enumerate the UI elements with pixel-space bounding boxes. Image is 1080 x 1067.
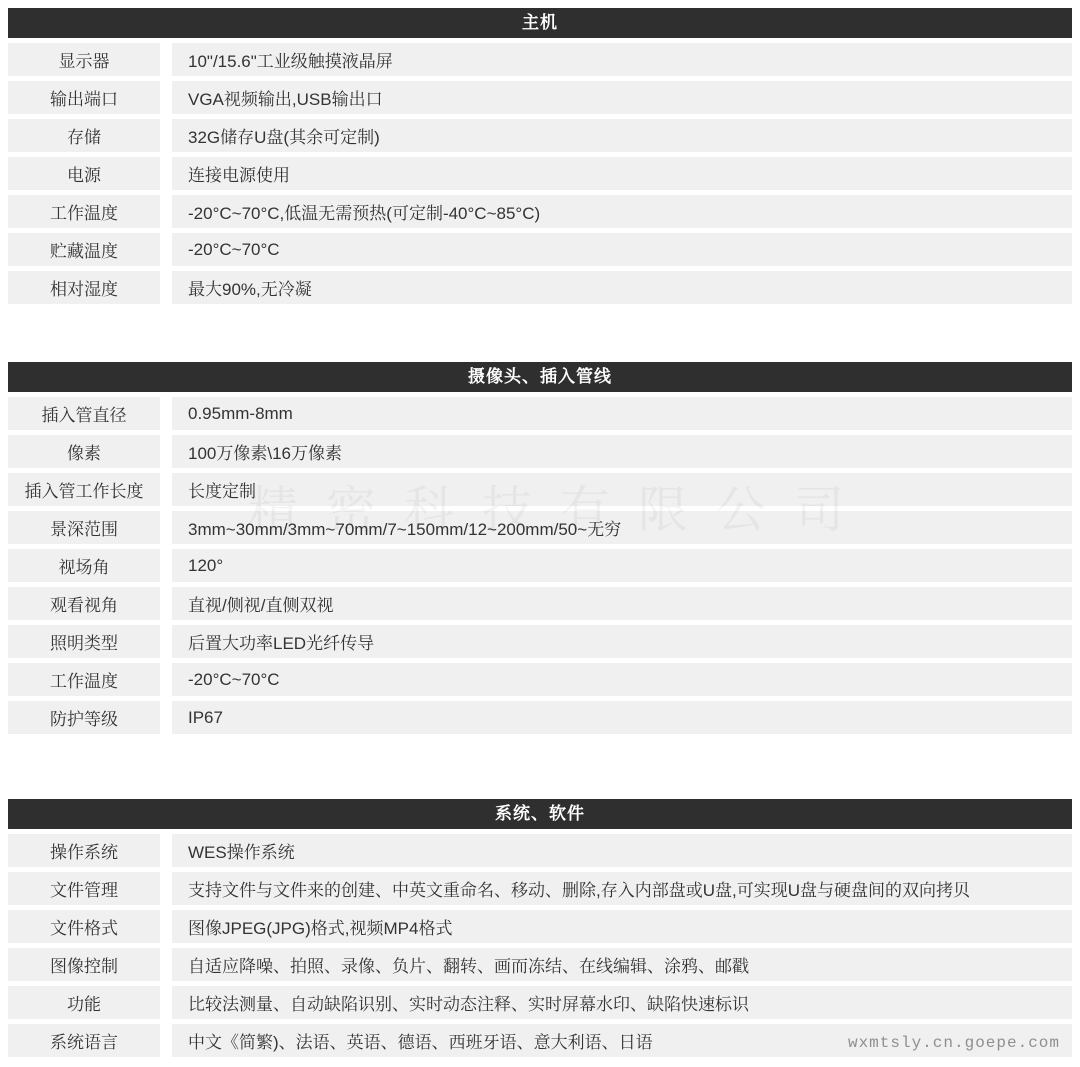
table-row: 图像控制 自适应降噪、拍照、录像、负片、翻转、画而冻结、在线编辑、涂鸦、邮戳	[8, 948, 1072, 981]
row-value: 10"/15.6"工业级触摸液晶屏	[172, 43, 1072, 76]
row-label: 景深范围	[8, 511, 160, 544]
row-value: 连接电源使用	[172, 157, 1072, 190]
section-title: 摄像头、插入管线	[8, 362, 1072, 392]
row-value: IP67	[172, 701, 1072, 734]
table-row: 景深范围 3mm~30mm/3mm~70mm/7~150mm/12~200mm/…	[8, 511, 1072, 544]
section-3: 系统、软件 操作系统 WES操作系统 文件管理 支持文件与文件来的创建、中英文重…	[8, 799, 1072, 1057]
row-label: 功能	[8, 986, 160, 1019]
row-label: 工作温度	[8, 195, 160, 228]
section-title: 系统、软件	[8, 799, 1072, 829]
row-label: 图像控制	[8, 948, 160, 981]
spec-sheet: 主机 显示器 10"/15.6"工业级触摸液晶屏 输出端口 VGA视频输出,US…	[8, 8, 1072, 1062]
row-value: WES操作系统	[172, 834, 1072, 867]
section-rows: 显示器 10"/15.6"工业级触摸液晶屏 输出端口 VGA视频输出,USB输出…	[8, 43, 1072, 304]
row-label: 系统语言	[8, 1024, 160, 1057]
row-value: 100万像素\16万像素	[172, 435, 1072, 468]
row-label: 操作系统	[8, 834, 160, 867]
row-label: 文件格式	[8, 910, 160, 943]
row-value: VGA视频输出,USB输出口	[172, 81, 1072, 114]
row-value: 直视/侧视/直侧双视	[172, 587, 1072, 620]
table-row: 照明类型 后置大功率LED光纤传导	[8, 625, 1072, 658]
row-value: -20°C~70°C,低温无需预热(可定制-40°C~85°C)	[172, 195, 1072, 228]
table-row: 观看视角 直视/侧视/直侧双视	[8, 587, 1072, 620]
row-value: 支持文件与文件来的创建、中英文重命名、移动、删除,存入内部盘或U盘,可实现U盘与…	[172, 872, 1072, 905]
section-1: 主机 显示器 10"/15.6"工业级触摸液晶屏 输出端口 VGA视频输出,US…	[8, 8, 1072, 304]
table-row: 相对湿度 最大90%,无冷凝	[8, 271, 1072, 304]
row-value: -20°C~70°C	[172, 663, 1072, 696]
row-value: -20°C~70°C	[172, 233, 1072, 266]
table-row: 输出端口 VGA视频输出,USB输出口	[8, 81, 1072, 114]
section-rows: 操作系统 WES操作系统 文件管理 支持文件与文件来的创建、中英文重命名、移动、…	[8, 834, 1072, 1057]
row-label: 防护等级	[8, 701, 160, 734]
table-row: 电源 连接电源使用	[8, 157, 1072, 190]
row-label: 像素	[8, 435, 160, 468]
table-row: 文件管理 支持文件与文件来的创建、中英文重命名、移动、删除,存入内部盘或U盘,可…	[8, 872, 1072, 905]
table-row: 像素 100万像素\16万像素	[8, 435, 1072, 468]
row-label: 插入管工作长度	[8, 473, 160, 506]
footer-url-watermark: wxmtsly.cn.goepe.com	[848, 1034, 1060, 1052]
section-title: 主机	[8, 8, 1072, 38]
table-row: 工作温度 -20°C~70°C	[8, 663, 1072, 696]
table-row: 操作系统 WES操作系统	[8, 834, 1072, 867]
row-label: 相对湿度	[8, 271, 160, 304]
row-value: 图像JPEG(JPG)格式,视频MP4格式	[172, 910, 1072, 943]
table-row: 插入管工作长度 长度定制	[8, 473, 1072, 506]
section-2: 摄像头、插入管线 插入管直径 0.95mm-8mm 像素 100万像素\16万像…	[8, 362, 1072, 734]
row-value: 120°	[172, 549, 1072, 582]
row-value: 比较法测量、自动缺陷识别、实时动态注释、实时屏幕水印、缺陷快速标识	[172, 986, 1072, 1019]
row-label: 照明类型	[8, 625, 160, 658]
table-row: 存储 32G储存U盘(其余可定制)	[8, 119, 1072, 152]
row-label: 文件管理	[8, 872, 160, 905]
row-value: 32G储存U盘(其余可定制)	[172, 119, 1072, 152]
table-row: 防护等级 IP67	[8, 701, 1072, 734]
row-label: 存储	[8, 119, 160, 152]
row-value: 0.95mm-8mm	[172, 397, 1072, 430]
table-row: 视场角 120°	[8, 549, 1072, 582]
row-label: 视场角	[8, 549, 160, 582]
row-label: 电源	[8, 157, 160, 190]
row-label: 工作温度	[8, 663, 160, 696]
table-row: 贮藏温度 -20°C~70°C	[8, 233, 1072, 266]
table-row: 文件格式 图像JPEG(JPG)格式,视频MP4格式	[8, 910, 1072, 943]
row-value: 长度定制	[172, 473, 1072, 506]
row-label: 输出端口	[8, 81, 160, 114]
table-row: 功能 比较法测量、自动缺陷识别、实时动态注释、实时屏幕水印、缺陷快速标识	[8, 986, 1072, 1019]
row-label: 贮藏温度	[8, 233, 160, 266]
table-row: 工作温度 -20°C~70°C,低温无需预热(可定制-40°C~85°C)	[8, 195, 1072, 228]
row-label: 显示器	[8, 43, 160, 76]
row-value: 最大90%,无冷凝	[172, 271, 1072, 304]
row-label: 观看视角	[8, 587, 160, 620]
table-row: 插入管直径 0.95mm-8mm	[8, 397, 1072, 430]
table-row: 显示器 10"/15.6"工业级触摸液晶屏	[8, 43, 1072, 76]
row-value: 后置大功率LED光纤传导	[172, 625, 1072, 658]
row-value: 3mm~30mm/3mm~70mm/7~150mm/12~200mm/50~无穷	[172, 511, 1072, 544]
row-value: 自适应降噪、拍照、录像、负片、翻转、画而冻结、在线编辑、涂鸦、邮戳	[172, 948, 1072, 981]
row-label: 插入管直径	[8, 397, 160, 430]
section-rows: 插入管直径 0.95mm-8mm 像素 100万像素\16万像素 插入管工作长度…	[8, 397, 1072, 734]
